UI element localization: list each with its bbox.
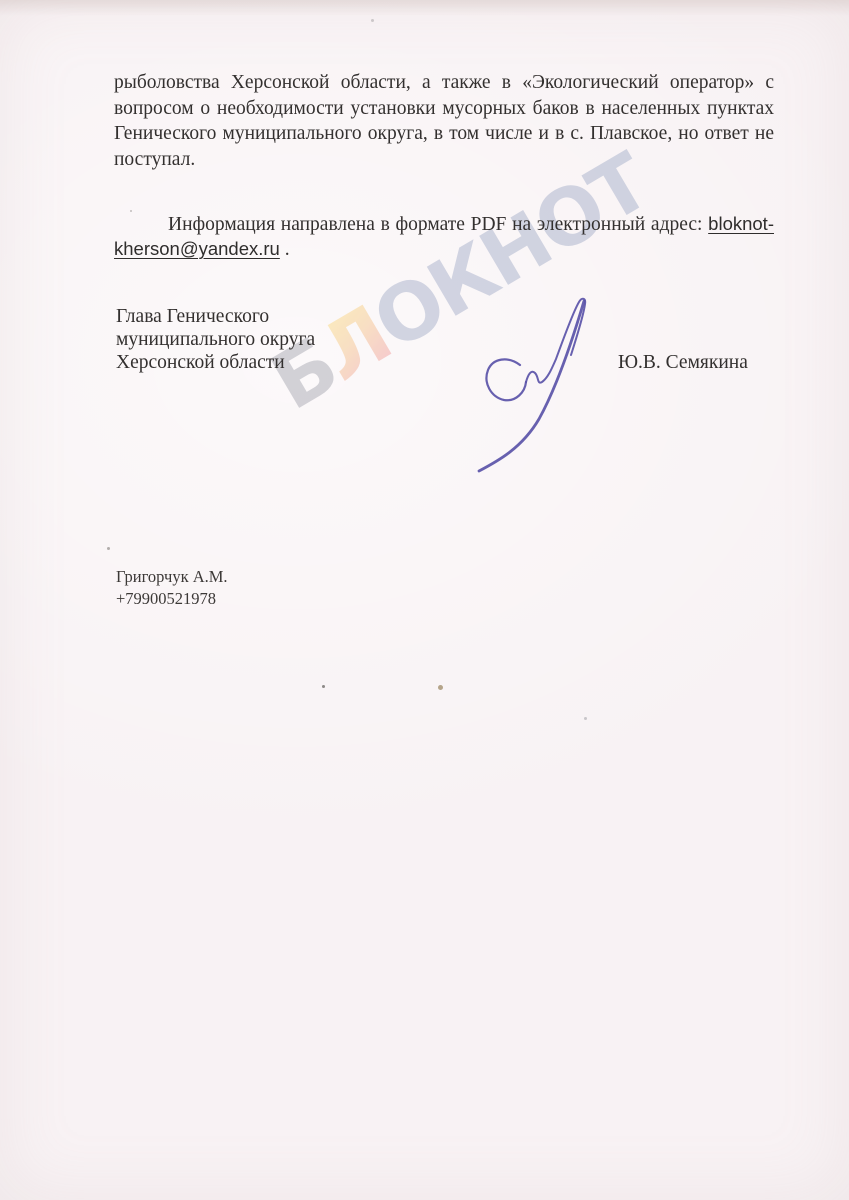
- handwritten-signature: [440, 283, 600, 478]
- body-paragraph-2: Информация направлена в формате PDF на э…: [114, 212, 774, 261]
- executor-phone: +79900521978: [116, 588, 228, 610]
- paragraph1-line: Генического муниципального округа, в том…: [114, 121, 774, 147]
- scan-edge-shading: [0, 0, 849, 16]
- scanned-letter-page: БЛОКНОТ рыболовства Херсонской области, …: [0, 0, 849, 1200]
- scan-speck: [371, 19, 374, 22]
- email-link-part2: kherson@yandex.ru: [114, 238, 280, 259]
- paragraph2-line: Информация направлена в формате PDF на э…: [114, 212, 774, 237]
- signoff-title-line: муниципального округа: [116, 328, 315, 351]
- paragraph1-line: вопросом о необходимости установки мусор…: [114, 96, 774, 122]
- email-link-part1: bloknot-: [708, 213, 774, 234]
- paragraph1-line: рыболовства Херсонской области, а также …: [114, 70, 774, 96]
- executor-contact-block: Григорчук А.М. +79900521978: [116, 566, 228, 610]
- paragraph1-line: поступал.: [114, 147, 774, 173]
- body-paragraph-1: рыболовства Херсонской области, а также …: [114, 70, 774, 172]
- scan-speck: [107, 547, 110, 550]
- signoff-title-line: Глава Генического: [116, 305, 315, 328]
- paragraph2-text: Информация направлена в формате PDF на э…: [168, 214, 708, 235]
- signoff-title-line: Херсонской области: [116, 351, 315, 374]
- paragraph2-line: kherson@yandex.ru .: [114, 237, 774, 262]
- executor-name: Григорчук А.М.: [116, 566, 228, 588]
- watermark-letter-l-accent: Л: [306, 290, 405, 399]
- scan-speck: [322, 685, 325, 688]
- paragraph2-period: .: [280, 239, 290, 260]
- signer-name: Ю.В. Семякина: [618, 352, 748, 374]
- signoff-title-block: Глава Генического муниципального округа …: [116, 305, 315, 374]
- scan-speck: [438, 685, 443, 690]
- scan-speck: [584, 717, 587, 720]
